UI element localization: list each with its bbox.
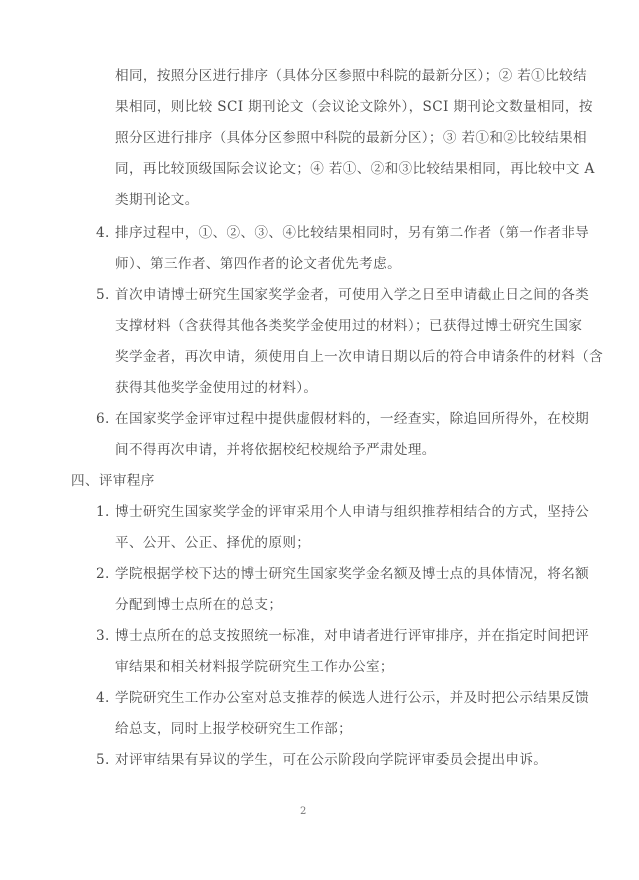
list-number: 5.: [96, 285, 110, 305]
text-line: 师）、第三作者、第四作者的论文者优先考虑。: [115, 254, 401, 274]
text-line: 果相同，则比较 SCI 期刊论文（会议论文除外），SCI 期刊论文数量相同，按: [115, 97, 593, 117]
text-line: 博士点所在的总支按照统一标准，对申请者进行评审排序，并在指定时间把评: [115, 626, 589, 646]
document-page: 相同，按照分区进行排序（具体分区参照中科院的最新分区）；② 若①比较结 果相同，…: [0, 0, 639, 880]
list-number: 4.: [96, 688, 110, 708]
text-line: 博士研究生国家奖学金的评审采用个人申请与组织推荐相结合的方式，坚持公: [115, 502, 589, 522]
list-number: 1.: [96, 502, 110, 522]
text-line: 类期刊论文。: [115, 190, 199, 210]
text-line: 获得其他奖学金使用过的材料）。: [115, 378, 317, 398]
text-line: 相同，按照分区进行排序（具体分区参照中科院的最新分区）；② 若①比较结: [115, 66, 587, 86]
page-number: 2: [300, 806, 306, 817]
text-line: 对评审结果有异议的学生，可在公示阶段向学院评审委员会提出申诉。: [115, 750, 547, 770]
text-line: 平、公开、公正、择优的原则；: [115, 533, 310, 553]
text-line: 同，再比较顶级国际会议论文；④ 若①、②和③比较结果相同，再比较中文 A: [115, 159, 595, 179]
section-heading: 四、评审程序: [71, 471, 155, 491]
list-number: 6.: [96, 409, 110, 429]
text-line: 给总支，同时上报学校研究生工作部；: [115, 719, 352, 739]
text-line: 分配到博士点所在的总支；: [115, 595, 282, 615]
text-line: 学院根据学校下达的博士研究生国家奖学金名额及博士点的具体情况，将名额: [115, 564, 589, 584]
text-line: 首次申请博士研究生国家奖学金者，可使用入学之日至申请截止日之间的各类: [115, 285, 589, 305]
text-line: 排序过程中，①、②、③、④比较结果相同时，另有第二作者（第一作者非导: [115, 223, 589, 243]
list-number: 2.: [96, 564, 110, 584]
text-line: 间不得再次申请，并将依据校纪校规给予严肃处理。: [115, 440, 436, 460]
list-number: 3.: [96, 626, 110, 646]
text-line: 支撑材料（含获得其他各类奖学金使用过的材料）；已获得过博士研究生国家: [115, 316, 582, 336]
text-line: 奖学金者，再次申请，须使用自上一次申请日期以后的符合申请条件的材料（含: [115, 347, 603, 367]
text-line: 审结果和相关材料报学院研究生工作办公室；: [115, 657, 394, 677]
list-number: 5.: [96, 750, 110, 770]
text-line: 照分区进行排序（具体分区参照中科院的最新分区）；③ 若①和②比较结果相: [115, 128, 587, 148]
list-number: 4.: [96, 223, 110, 243]
text-line: 学院研究生工作办公室对总支推荐的候选人进行公示，并及时把公示结果反馈: [115, 688, 589, 708]
text-line: 在国家奖学金评审过程中提供虚假材料的，一经查实，除追回所得外，在校期: [115, 409, 589, 429]
